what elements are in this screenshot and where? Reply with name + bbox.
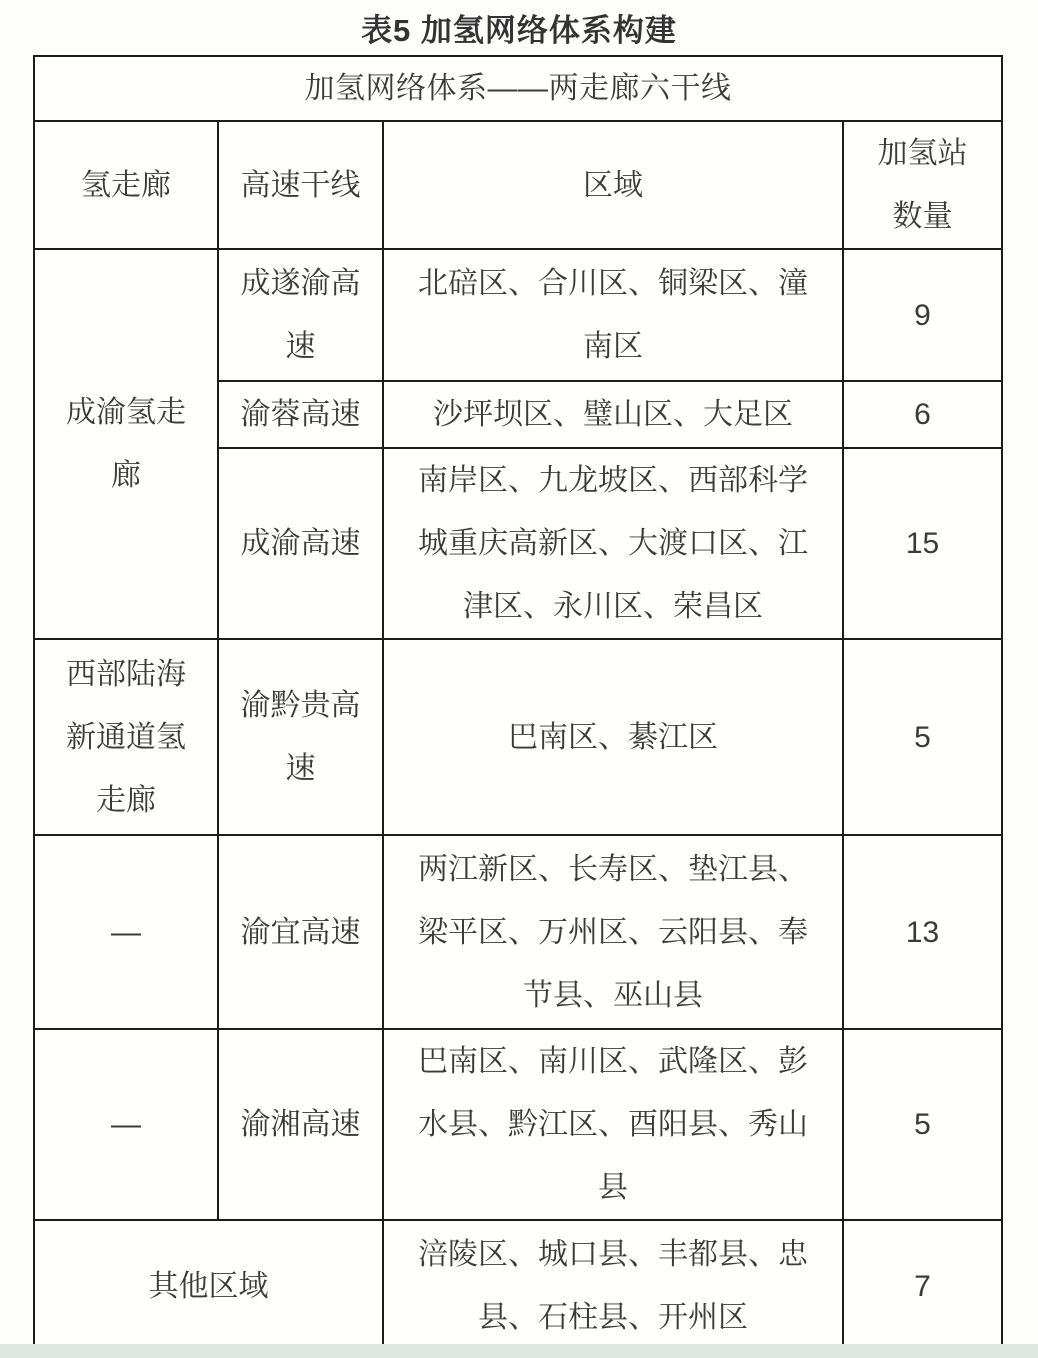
merged-header-row: 加氢网络体系——两走廊六干线 <box>34 56 1002 121</box>
table-row: 成渝氢走廊 成遂渝高速 北碚区、合川区、铜梁区、潼南区 9 <box>34 249 1002 381</box>
regions-cell: 巴南区、綦江区 <box>383 639 843 835</box>
regions-cell: 两江新区、长寿区、垫江县、梁平区、万州区、云阳县、奉节县、巫山县 <box>383 835 843 1029</box>
table-row: 其他区域 涪陵区、城口县、丰都县、忠县、石柱县、开州区 7 <box>34 1220 1002 1352</box>
table-row: — 渝宜高速 两江新区、长寿区、垫江县、梁平区、万州区、云阳县、奉节县、巫山县 … <box>34 835 1002 1029</box>
hydrogen-network-table: 加氢网络体系——两走廊六干线 氢走廊 高速干线 区域 加氢站数量 成渝氢走廊 成… <box>33 55 1003 1353</box>
page-title: 表5 加氢网络体系构建 <box>0 0 1038 55</box>
stations-count-cell: 9 <box>843 249 1002 381</box>
corridor-cell: — <box>34 1029 218 1220</box>
regions-cell: 巴南区、南川区、武隆区、彭水县、黔江区、酉阳县、秀山县 <box>383 1029 843 1220</box>
highway-cell: 渝宜高速 <box>218 835 383 1029</box>
page-bottom-strip <box>0 1344 1038 1358</box>
corridor-cell: 成渝氢走廊 <box>34 249 218 639</box>
regions-cell: 南岸区、九龙坡区、西部科学城重庆高新区、大渡口区、江津区、永川区、荣昌区 <box>383 448 843 639</box>
regions-cell: 涪陵区、城口县、丰都县、忠县、石柱县、开州区 <box>383 1220 843 1352</box>
column-header-stations: 加氢站数量 <box>843 121 1002 249</box>
table-merged-header: 加氢网络体系——两走廊六干线 <box>34 56 1002 121</box>
table-row: 西部陆海新通道氢走廊 渝黔贵高速 巴南区、綦江区 5 <box>34 639 1002 835</box>
highway-cell: 成渝高速 <box>218 448 383 639</box>
stations-count-cell: 6 <box>843 381 1002 448</box>
stations-count-cell: 5 <box>843 639 1002 835</box>
corridor-cell: — <box>34 835 218 1029</box>
corridor-cell: 西部陆海新通道氢走廊 <box>34 639 218 835</box>
highway-cell: 渝湘高速 <box>218 1029 383 1220</box>
column-header-regions: 区域 <box>383 121 843 249</box>
highway-cell: 渝黔贵高速 <box>218 639 383 835</box>
highway-cell: 渝蓉高速 <box>218 381 383 448</box>
highway-cell: 成遂渝高速 <box>218 249 383 381</box>
regions-cell: 沙坪坝区、璧山区、大足区 <box>383 381 843 448</box>
column-header-row: 氢走廊 高速干线 区域 加氢站数量 <box>34 121 1002 249</box>
stations-count-cell: 13 <box>843 835 1002 1029</box>
stations-count-cell: 7 <box>843 1220 1002 1352</box>
corridor-cell-other-regions: 其他区域 <box>34 1220 383 1352</box>
regions-cell: 北碚区、合川区、铜梁区、潼南区 <box>383 249 843 381</box>
stations-count-cell: 15 <box>843 448 1002 639</box>
table-row: — 渝湘高速 巴南区、南川区、武隆区、彭水县、黔江区、酉阳县、秀山县 5 <box>34 1029 1002 1220</box>
stations-count-cell: 5 <box>843 1029 1002 1220</box>
column-header-highway: 高速干线 <box>218 121 383 249</box>
column-header-corridor: 氢走廊 <box>34 121 218 249</box>
